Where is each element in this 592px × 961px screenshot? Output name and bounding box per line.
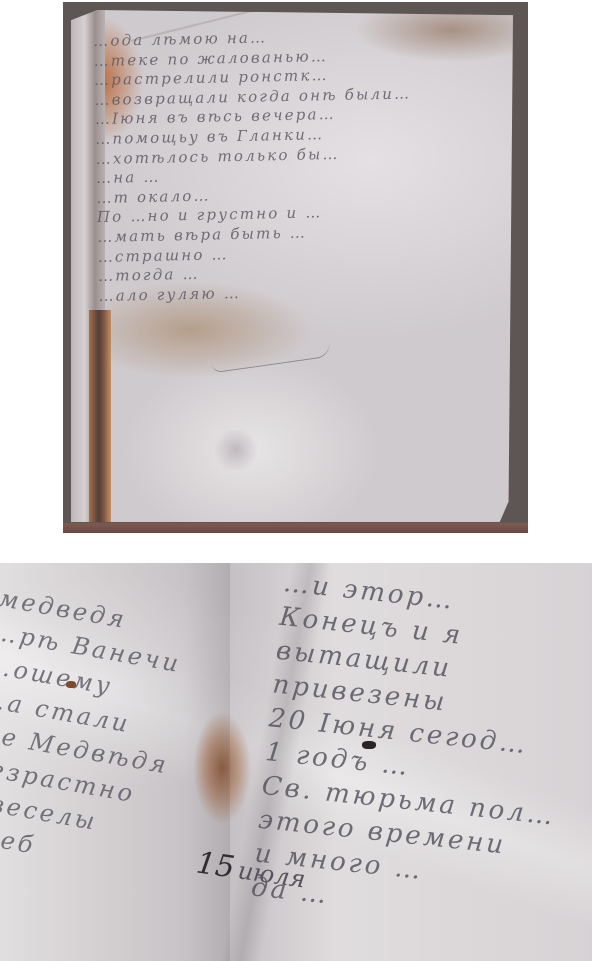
handwriting-block: …ода лѣмою на… …теке по жалованью… …раст… <box>93 23 519 306</box>
letter-photo-closeup: медведя …рѣ Ванечи …ошему …а стали …е Ме… <box>0 563 592 961</box>
backing-board-edge <box>63 523 528 533</box>
crumple-mark <box>211 430 261 470</box>
date-day: 15 <box>194 846 237 886</box>
letter-photo-full-sheet: …ода лѣмою на… …теке по жалованью… …раст… <box>63 2 528 533</box>
signature-flourish <box>211 342 332 374</box>
bullet-hole <box>362 741 376 749</box>
small-puncture <box>66 681 76 688</box>
letter-sheet: …ода лѣмою на… …теке по жалованью… …раст… <box>71 10 513 522</box>
rust-stain-strip <box>89 310 111 522</box>
